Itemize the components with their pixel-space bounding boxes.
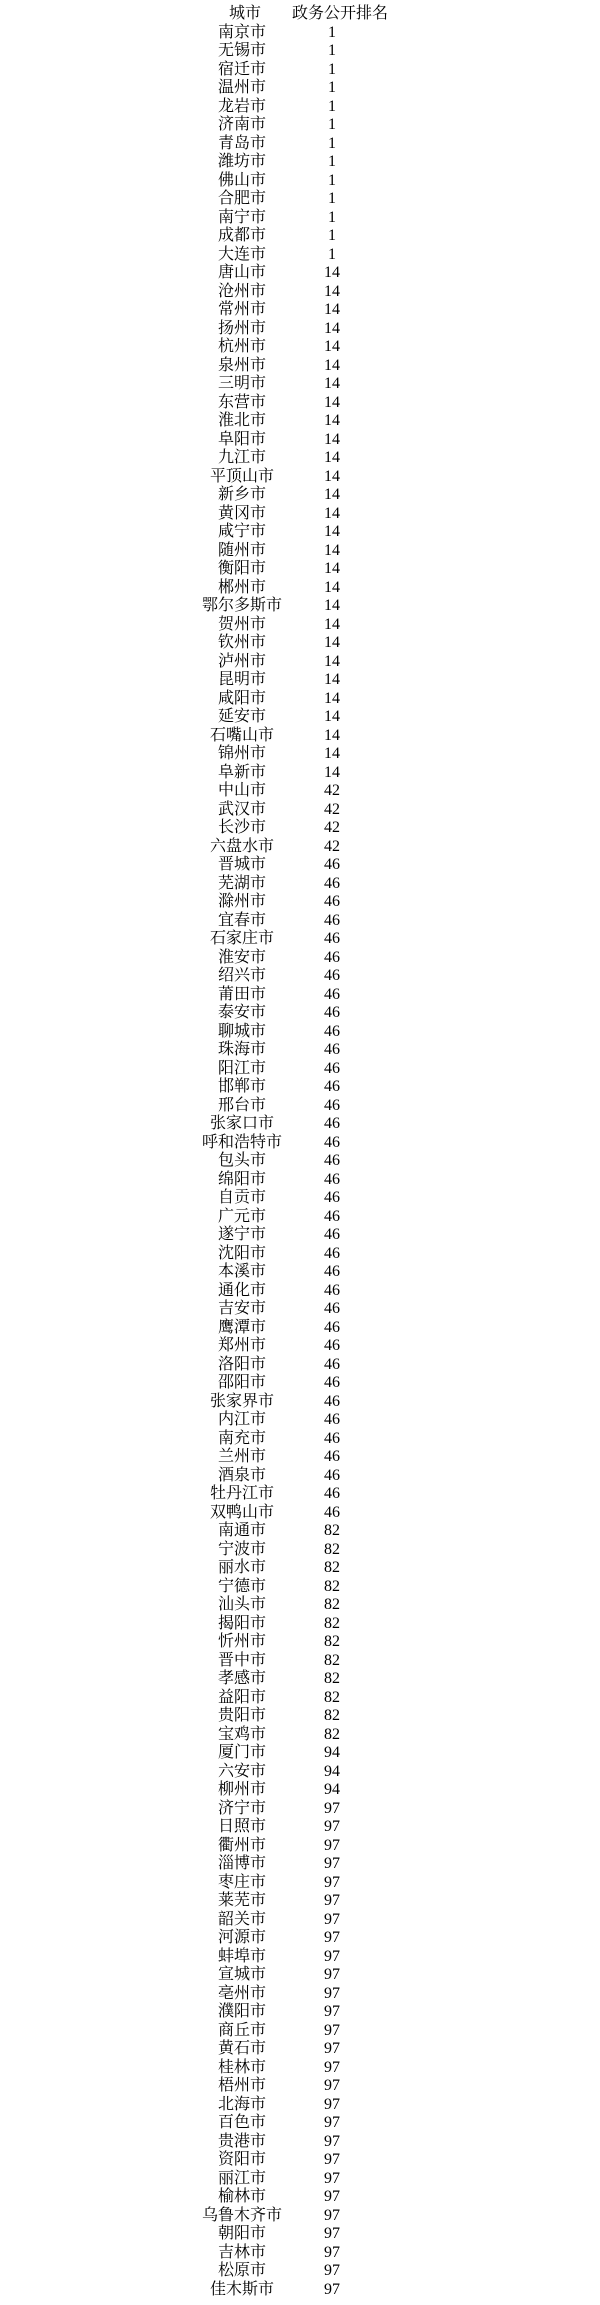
rank-value: 97 (262, 2281, 402, 2300)
rank-value: 97 (262, 2188, 402, 2207)
rank-value: 14 (262, 764, 402, 783)
rank-value: 97 (262, 1837, 402, 1856)
rank-value: 97 (262, 2262, 402, 2281)
rank-value: 14 (262, 597, 402, 616)
table-row: 淮安市46 (0, 949, 600, 968)
table-row: 咸阳市14 (0, 690, 600, 709)
table-row: 杭州市14 (0, 338, 600, 357)
table-row: 郑州市46 (0, 1337, 600, 1356)
table-row: 新乡市14 (0, 486, 600, 505)
table-row: 聊城市46 (0, 1023, 600, 1042)
table-row: 乌鲁木齐市97 (0, 2207, 600, 2226)
rank-value: 97 (262, 1800, 402, 1819)
rank-value: 46 (262, 1189, 402, 1208)
table-row: 珠海市46 (0, 1041, 600, 1060)
rank-value: 14 (262, 301, 402, 320)
table-row: 东营市14 (0, 394, 600, 413)
rank-value: 46 (262, 1448, 402, 1467)
table-row: 宁波市82 (0, 1541, 600, 1560)
rank-value: 82 (262, 1615, 402, 1634)
table-row: 河源市97 (0, 1929, 600, 1948)
table-row: 广元市46 (0, 1208, 600, 1227)
rank-value: 1 (262, 61, 402, 80)
rank-value: 82 (262, 1726, 402, 1745)
rank-value: 14 (262, 616, 402, 635)
table-row: 随州市14 (0, 542, 600, 561)
table-row: 平顶山市14 (0, 468, 600, 487)
rank-value: 97 (262, 1818, 402, 1837)
rank-value: 1 (262, 116, 402, 135)
table-row: 濮阳市97 (0, 2003, 600, 2022)
table-row: 绍兴市46 (0, 967, 600, 986)
rank-value: 14 (262, 708, 402, 727)
table-row: 张家界市46 (0, 1393, 600, 1412)
table-row: 中山市42 (0, 782, 600, 801)
rank-value: 14 (262, 431, 402, 450)
rank-value: 1 (262, 209, 402, 228)
rank-value: 14 (262, 468, 402, 487)
rank-value: 46 (262, 912, 402, 931)
rank-value: 46 (262, 1356, 402, 1375)
table-row: 宣城市97 (0, 1966, 600, 1985)
table-row: 丽水市82 (0, 1559, 600, 1578)
table-row: 榆林市97 (0, 2188, 600, 2207)
table-row: 九江市14 (0, 449, 600, 468)
table-row: 潍坊市1 (0, 153, 600, 172)
table-row: 北海市97 (0, 2096, 600, 2115)
rank-value: 14 (262, 745, 402, 764)
table-row: 宝鸡市82 (0, 1726, 600, 1745)
rank-value: 82 (262, 1652, 402, 1671)
table-row: 温州市1 (0, 79, 600, 98)
table-row: 鄂尔多斯市14 (0, 597, 600, 616)
rank-value: 14 (262, 320, 402, 339)
table-row: 郴州市14 (0, 579, 600, 598)
table-row: 吉林市97 (0, 2244, 600, 2263)
table-row: 南充市46 (0, 1430, 600, 1449)
rank-value: 46 (262, 1411, 402, 1430)
table-row: 邢台市46 (0, 1097, 600, 1116)
rank-value: 1 (262, 42, 402, 61)
rank-value: 46 (262, 986, 402, 1005)
table-row: 芜湖市46 (0, 875, 600, 894)
table-row: 益阳市82 (0, 1689, 600, 1708)
rank-value: 14 (262, 412, 402, 431)
rank-value: 1 (262, 98, 402, 117)
table-row: 泸州市14 (0, 653, 600, 672)
rank-value: 82 (262, 1596, 402, 1615)
rank-value: 1 (262, 153, 402, 172)
table-row: 自贡市46 (0, 1189, 600, 1208)
table-row: 亳州市97 (0, 1985, 600, 2004)
table-row: 贺州市14 (0, 616, 600, 635)
table-row: 邯郸市46 (0, 1078, 600, 1097)
table-row: 大连市1 (0, 246, 600, 265)
table-row: 济宁市97 (0, 1800, 600, 1819)
rank-value: 82 (262, 1689, 402, 1708)
rank-value: 46 (262, 1208, 402, 1227)
table-row: 牡丹江市46 (0, 1485, 600, 1504)
table-row: 本溪市46 (0, 1263, 600, 1282)
rank-value: 42 (262, 819, 402, 838)
rank-value: 46 (262, 875, 402, 894)
rank-value: 97 (262, 2040, 402, 2059)
table-row: 锦州市14 (0, 745, 600, 764)
rank-value: 46 (262, 949, 402, 968)
table-row: 汕头市82 (0, 1596, 600, 1615)
table-row: 洛阳市46 (0, 1356, 600, 1375)
table-row: 双鸭山市46 (0, 1504, 600, 1523)
rank-value: 97 (262, 1874, 402, 1893)
rank-value: 14 (262, 560, 402, 579)
rank-value: 46 (262, 1115, 402, 1134)
table-row: 昆明市14 (0, 671, 600, 690)
rank-value: 82 (262, 1541, 402, 1560)
rank-value: 46 (262, 1300, 402, 1319)
rank-value: 46 (262, 1337, 402, 1356)
rank-value: 46 (262, 1097, 402, 1116)
table-row: 莱芜市97 (0, 1892, 600, 1911)
rank-value: 46 (262, 1060, 402, 1079)
rank-value: 46 (262, 1319, 402, 1338)
rank-value: 14 (262, 505, 402, 524)
rank-value: 97 (262, 2133, 402, 2152)
rank-value: 46 (262, 930, 402, 949)
rank-value: 14 (262, 671, 402, 690)
table-row: 包头市46 (0, 1152, 600, 1171)
rank-value: 97 (262, 2003, 402, 2022)
table-row: 黄冈市14 (0, 505, 600, 524)
table-row: 呼和浩特市46 (0, 1134, 600, 1153)
rank-value: 94 (262, 1744, 402, 1763)
rank-value: 82 (262, 1559, 402, 1578)
rank-value: 42 (262, 801, 402, 820)
table-row: 青岛市1 (0, 135, 600, 154)
rank-value: 97 (262, 2114, 402, 2133)
rank-value: 97 (262, 1929, 402, 1948)
rank-value: 97 (262, 1948, 402, 1967)
table-row: 武汉市42 (0, 801, 600, 820)
table-row: 衡阳市14 (0, 560, 600, 579)
rank-value: 46 (262, 1485, 402, 1504)
rank-value: 82 (262, 1633, 402, 1652)
table-row: 成都市1 (0, 227, 600, 246)
rank-value: 46 (262, 1171, 402, 1190)
rank-value: 94 (262, 1781, 402, 1800)
table-row: 无锡市1 (0, 42, 600, 61)
rank-value: 97 (262, 1892, 402, 1911)
table-row: 厦门市94 (0, 1744, 600, 1763)
table-row: 常州市14 (0, 301, 600, 320)
rank-value: 82 (262, 1670, 402, 1689)
rank-value: 46 (262, 856, 402, 875)
table-row: 衢州市97 (0, 1837, 600, 1856)
rank-value: 46 (262, 967, 402, 986)
table-row: 柳州市94 (0, 1781, 600, 1800)
table-row: 石家庄市46 (0, 930, 600, 949)
rank-value: 1 (262, 246, 402, 265)
table-row: 延安市14 (0, 708, 600, 727)
table-row: 商丘市97 (0, 2022, 600, 2041)
rank-value: 14 (262, 727, 402, 746)
table-header-row: 城市 政务公开排名 (0, 5, 600, 24)
rank-value: 46 (262, 1467, 402, 1486)
rank-value: 14 (262, 264, 402, 283)
rank-value: 1 (262, 190, 402, 209)
table-row: 忻州市82 (0, 1633, 600, 1652)
table-row: 枣庄市97 (0, 1874, 600, 1893)
table-row: 内江市46 (0, 1411, 600, 1430)
table-row: 晋城市46 (0, 856, 600, 875)
table-row: 沧州市14 (0, 283, 600, 302)
rank-value: 14 (262, 394, 402, 413)
table-row: 合肥市1 (0, 190, 600, 209)
table-row: 滁州市46 (0, 893, 600, 912)
table-row: 朝阳市97 (0, 2225, 600, 2244)
table-row: 百色市97 (0, 2114, 600, 2133)
table-row: 宜春市46 (0, 912, 600, 931)
rank-value: 1 (262, 172, 402, 191)
rank-value: 14 (262, 690, 402, 709)
table-row: 贵港市97 (0, 2133, 600, 2152)
rank-value: 46 (262, 1004, 402, 1023)
table-row: 南宁市1 (0, 209, 600, 228)
rank-value: 46 (262, 1393, 402, 1412)
rank-value: 97 (262, 2244, 402, 2263)
rank-value: 97 (262, 2059, 402, 2078)
table-row: 梧州市97 (0, 2077, 600, 2096)
rank-value: 97 (262, 2077, 402, 2096)
table-row: 长沙市42 (0, 819, 600, 838)
rank-value: 14 (262, 634, 402, 653)
table-row: 南通市82 (0, 1522, 600, 1541)
rank-value: 46 (262, 1078, 402, 1097)
rank-value: 46 (262, 1263, 402, 1282)
rank-value: 94 (262, 1763, 402, 1782)
table-row: 石嘴山市14 (0, 727, 600, 746)
table-row: 兰州市46 (0, 1448, 600, 1467)
rank-value: 46 (262, 1504, 402, 1523)
rank-value: 1 (262, 24, 402, 43)
rank-value: 46 (262, 1245, 402, 1264)
rank-value: 46 (262, 1134, 402, 1153)
rank-value: 14 (262, 375, 402, 394)
rank-value: 1 (262, 227, 402, 246)
rank-value: 97 (262, 2096, 402, 2115)
table-row: 张家口市46 (0, 1115, 600, 1134)
table-row: 莆田市46 (0, 986, 600, 1005)
table-row: 六安市94 (0, 1763, 600, 1782)
rank-value: 42 (262, 782, 402, 801)
rank-value: 1 (262, 135, 402, 154)
table-row: 资阳市97 (0, 2151, 600, 2170)
table-row: 淄博市97 (0, 1855, 600, 1874)
rank-value: 14 (262, 653, 402, 672)
table-row: 黄石市97 (0, 2040, 600, 2059)
rank-value: 46 (262, 1374, 402, 1393)
table-row: 沈阳市46 (0, 1245, 600, 1264)
table-row: 宿迁市1 (0, 61, 600, 80)
rank-value: 46 (262, 1430, 402, 1449)
rank-value: 14 (262, 542, 402, 561)
table-row: 三明市14 (0, 375, 600, 394)
rank-value: 14 (262, 338, 402, 357)
rank-value: 97 (262, 1855, 402, 1874)
rank-value: 46 (262, 1041, 402, 1060)
table-row: 唐山市14 (0, 264, 600, 283)
table-row: 丽江市97 (0, 2170, 600, 2189)
table-row: 遂宁市46 (0, 1226, 600, 1245)
table-row: 宁德市82 (0, 1578, 600, 1597)
table-row: 钦州市14 (0, 634, 600, 653)
table-row: 南京市1 (0, 24, 600, 43)
rank-value: 97 (262, 2207, 402, 2226)
table-row: 鹰潭市46 (0, 1319, 600, 1338)
rank-value: 46 (262, 1226, 402, 1245)
rank-value: 82 (262, 1522, 402, 1541)
table-row: 韶关市97 (0, 1911, 600, 1930)
table-row: 孝感市82 (0, 1670, 600, 1689)
table-row: 邵阳市46 (0, 1374, 600, 1393)
rank-value: 82 (262, 1578, 402, 1597)
table-row: 绵阳市46 (0, 1171, 600, 1190)
table-row: 佳木斯市97 (0, 2281, 600, 2300)
rank-value: 97 (262, 2225, 402, 2244)
table-row: 桂林市97 (0, 2059, 600, 2078)
rank-value: 97 (262, 1911, 402, 1930)
rank-value: 1 (262, 79, 402, 98)
table-row: 淮北市14 (0, 412, 600, 431)
table-row: 贵阳市82 (0, 1707, 600, 1726)
table-row: 咸宁市14 (0, 523, 600, 542)
table-row: 龙岩市1 (0, 98, 600, 117)
rank-value: 14 (262, 579, 402, 598)
table-row: 蚌埠市97 (0, 1948, 600, 1967)
rank-value: 14 (262, 449, 402, 468)
rank-value: 46 (262, 1152, 402, 1171)
rank-value: 42 (262, 838, 402, 857)
rank-value: 82 (262, 1707, 402, 1726)
table-row: 济南市1 (0, 116, 600, 135)
table-row: 阜新市14 (0, 764, 600, 783)
table-row: 日照市97 (0, 1818, 600, 1837)
table-row: 佛山市1 (0, 172, 600, 191)
column-header-rank: 政务公开排名 (270, 5, 410, 24)
table-row: 阳江市46 (0, 1060, 600, 1079)
table-row: 扬州市14 (0, 320, 600, 339)
table-row: 晋中市82 (0, 1652, 600, 1671)
table-row: 通化市46 (0, 1282, 600, 1301)
table-row: 泰安市46 (0, 1004, 600, 1023)
table-body: 南京市1无锡市1宿迁市1温州市1龙岩市1济南市1青岛市1潍坊市1佛山市1合肥市1… (0, 24, 600, 2300)
table-row: 松原市97 (0, 2262, 600, 2281)
rank-value: 97 (262, 2151, 402, 2170)
city-ranking-table: 城市 政务公开排名 南京市1无锡市1宿迁市1温州市1龙岩市1济南市1青岛市1潍坊… (0, 0, 600, 2305)
rank-value: 14 (262, 523, 402, 542)
table-row: 泉州市14 (0, 357, 600, 376)
table-row: 六盘水市42 (0, 838, 600, 857)
rank-value: 46 (262, 1282, 402, 1301)
rank-value: 97 (262, 2022, 402, 2041)
table-row: 揭阳市82 (0, 1615, 600, 1634)
table-row: 酒泉市46 (0, 1467, 600, 1486)
table-row: 阜阳市14 (0, 431, 600, 450)
rank-value: 97 (262, 2170, 402, 2189)
rank-value: 14 (262, 357, 402, 376)
rank-value: 14 (262, 283, 402, 302)
rank-value: 97 (262, 1966, 402, 1985)
rank-value: 46 (262, 893, 402, 912)
rank-value: 14 (262, 486, 402, 505)
rank-value: 46 (262, 1023, 402, 1042)
table-row: 吉安市46 (0, 1300, 600, 1319)
rank-value: 97 (262, 1985, 402, 2004)
